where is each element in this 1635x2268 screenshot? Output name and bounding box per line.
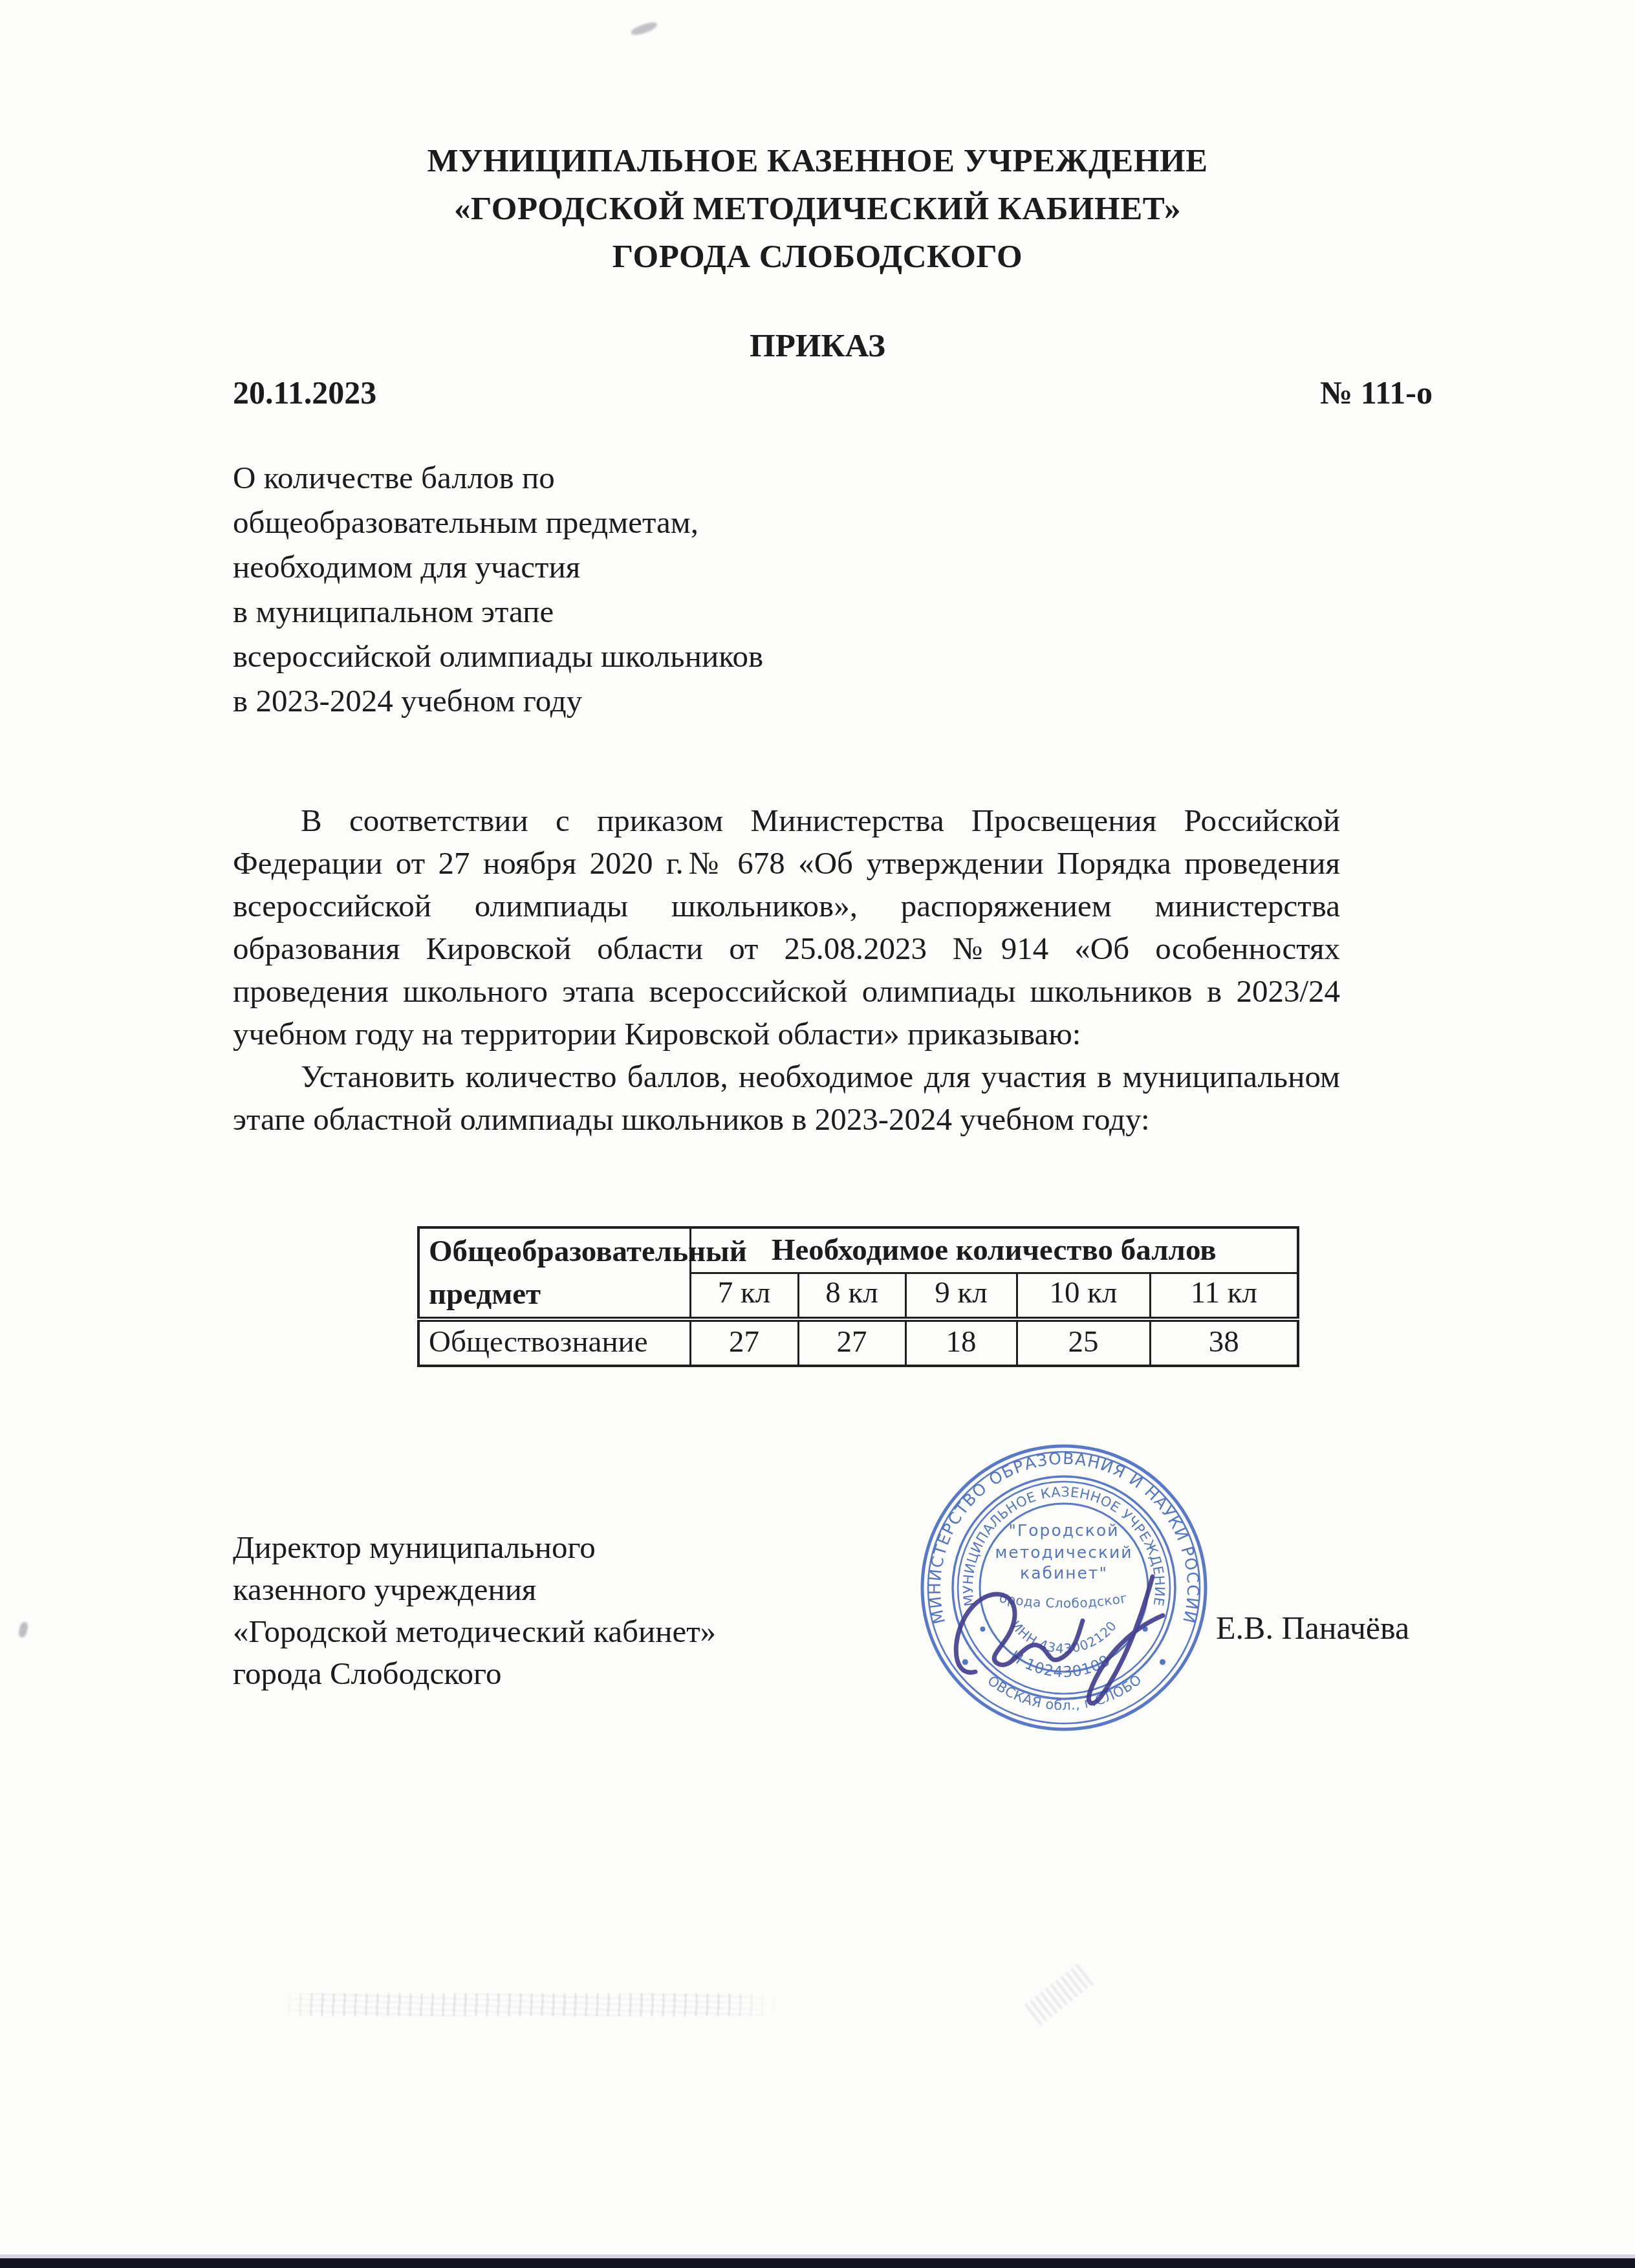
- score-cell-9: 18: [905, 1319, 1017, 1366]
- subject-line: общеобразовательным предметам,: [233, 500, 1009, 545]
- score-cell-11: 38: [1150, 1319, 1298, 1366]
- position-line: города Слободского: [233, 1652, 944, 1694]
- class-header-11: 11 кл: [1150, 1273, 1298, 1320]
- subject-cell: Обществознание: [418, 1319, 690, 1366]
- score-cell-7: 27: [690, 1319, 798, 1366]
- scan-noise-mark: [1024, 1961, 1096, 2025]
- table-col1-header: Общеобразовательный предмет: [418, 1227, 690, 1319]
- position-line: казенного учреждения: [233, 1568, 944, 1610]
- score-cell-10: 25: [1017, 1319, 1150, 1366]
- date-number-row: 20.11.2023 № 111-о: [0, 374, 1635, 413]
- class-header-9: 9 кл: [905, 1273, 1017, 1320]
- score-table: Общеобразовательный предмет Необходимое …: [417, 1226, 1299, 1367]
- table-header-row: Общеобразовательный предмет Необходимое …: [418, 1227, 1298, 1273]
- document-number: № 111-о: [1320, 374, 1433, 411]
- subject-line: всероссийской олимпиады школьников: [233, 634, 1009, 678]
- score-cell-8: 27: [798, 1319, 905, 1366]
- signature-position-block: Директор муниципального казенного учрежд…: [233, 1526, 944, 1694]
- subject-line: в 2023-2024 учебном году: [233, 678, 1009, 723]
- position-line: Директор муниципального: [233, 1526, 944, 1568]
- document-body: В соответствии с приказом Министерства П…: [233, 799, 1340, 1141]
- document-subject: О количестве баллов по общеобразовательн…: [233, 455, 1009, 723]
- class-header-8: 8 кл: [798, 1273, 905, 1320]
- score-table-container: Общеобразовательный предмет Необходимое …: [417, 1226, 1299, 1367]
- scan-smudge: [630, 21, 658, 37]
- body-paragraph-2: Установить количество баллов, необходимо…: [233, 1055, 1340, 1141]
- class-header-10: 10 кл: [1017, 1273, 1150, 1320]
- scan-edge-dark: [0, 2258, 1635, 2268]
- handwritten-signature: [925, 1552, 1196, 1733]
- stamp-center-line1: "Городской: [1009, 1521, 1120, 1540]
- body-paragraph-1: В соответствии с приказом Министерства П…: [233, 799, 1340, 1055]
- scan-noise-band: [278, 1993, 776, 2016]
- table-group-header: Необходимое количество баллов: [690, 1227, 1298, 1273]
- document-page: МУНИЦИПАЛЬНОЕ КАЗЕННОЕ УЧРЕЖДЕНИЕ «ГОРОД…: [0, 0, 1635, 2268]
- org-header: МУНИЦИПАЛЬНОЕ КАЗЕННОЕ УЧРЕЖДЕНИЕ «ГОРОД…: [0, 137, 1635, 281]
- org-name-line2: «ГОРОДСКОЙ МЕТОДИЧЕСКИЙ КАБИНЕТ»: [0, 185, 1635, 233]
- document-type-title: ПРИКАЗ: [0, 327, 1635, 365]
- position-line: «Городской методический кабинет»: [233, 1610, 944, 1652]
- subject-line: в муниципальном этапе: [233, 589, 1009, 634]
- org-name-line3: ГОРОДА СЛОБОДСКОГО: [0, 233, 1635, 281]
- scan-margin-mark: [17, 1621, 28, 1638]
- org-name-line1: МУНИЦИПАЛЬНОЕ КАЗЕННОЕ УЧРЕЖДЕНИЕ: [0, 137, 1635, 185]
- class-header-7: 7 кл: [690, 1273, 798, 1320]
- signatory-name: Е.В. Паначёва: [1216, 1609, 1409, 1647]
- signature-stroke: [925, 1552, 1196, 1733]
- subject-line: необходимом для участия: [233, 545, 1009, 589]
- document-date: 20.11.2023: [233, 374, 376, 411]
- subject-line: О количестве баллов по: [233, 455, 1009, 500]
- table-row: Обществознание 27 27 18 25 38: [418, 1319, 1298, 1366]
